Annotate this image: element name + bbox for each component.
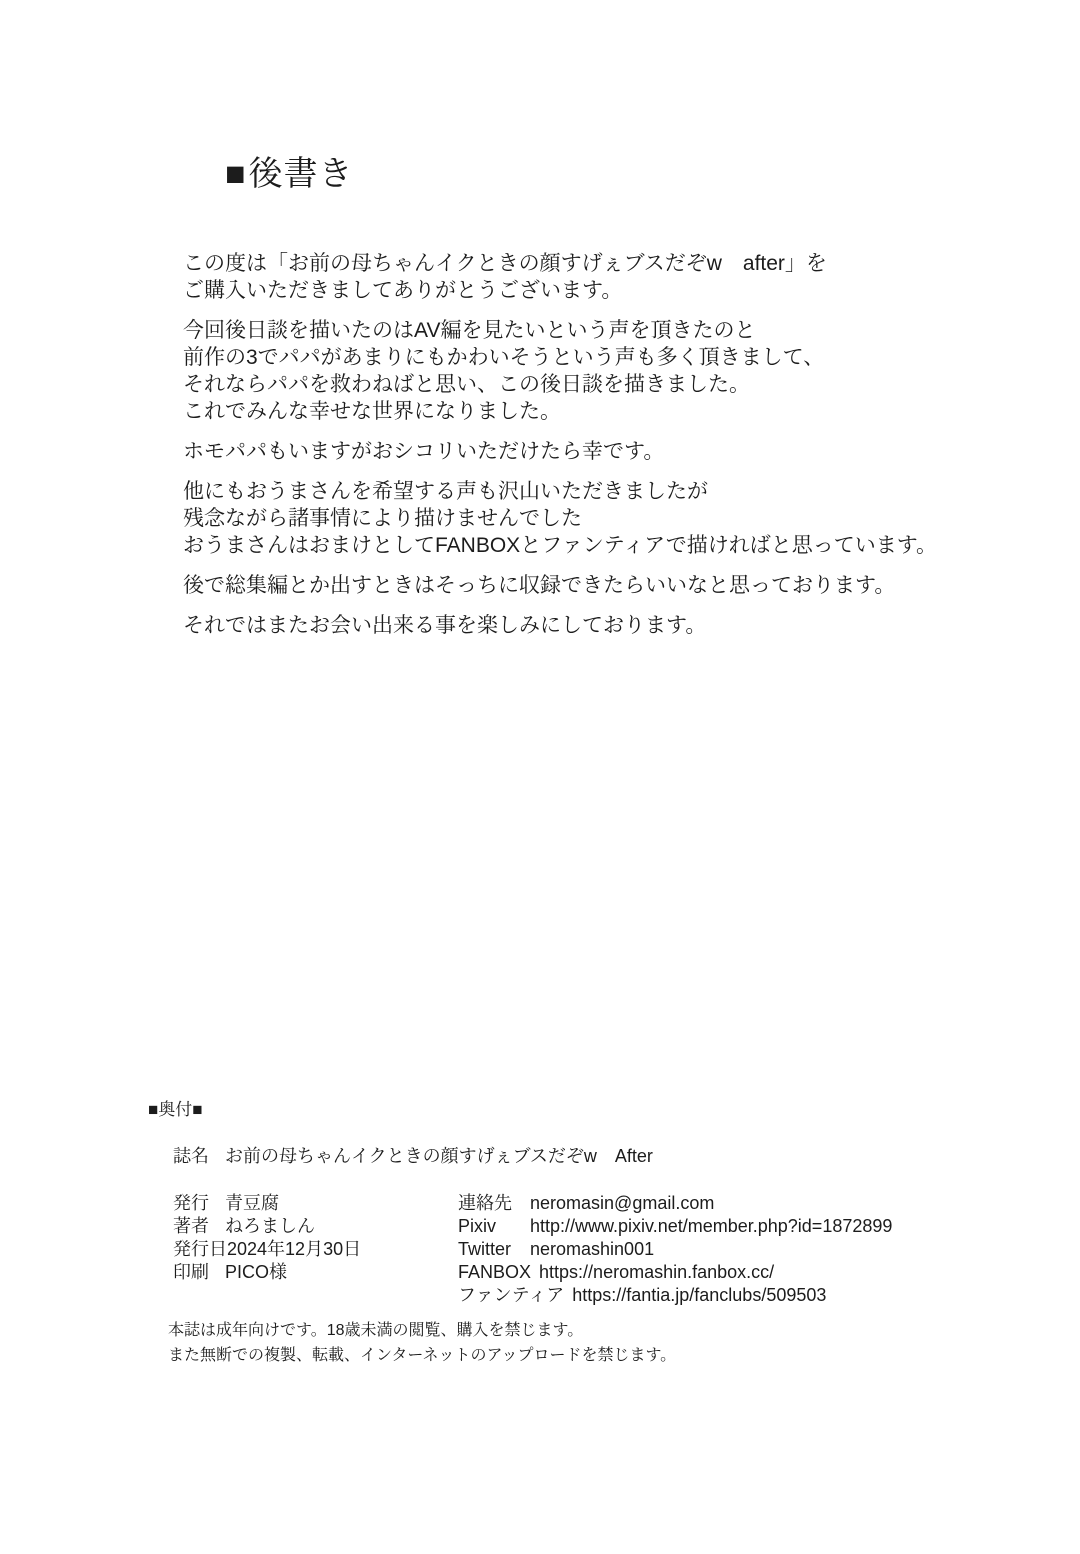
twitter-value: neromashin001 bbox=[530, 1238, 654, 1261]
text-line: 今回後日談を描いたのはAV編を見たいという声を頂きたのと bbox=[183, 317, 963, 344]
publisher-value: 青豆腐 bbox=[225, 1192, 279, 1215]
page-title: ■後書き bbox=[225, 146, 354, 195]
afterword-paragraph-4: 他にもおうまさんを希望する声も沢山いただきましたが 残念ながら諸事情により描けま… bbox=[183, 478, 963, 559]
text-line: 他にもおうまさんを希望する声も沢山いただきましたが bbox=[183, 478, 963, 505]
fanbox-url: https://neromashin.fanbox.cc/ bbox=[539, 1261, 774, 1284]
twitter-label: Twitter bbox=[458, 1238, 522, 1261]
book-title-label: 誌名 bbox=[173, 1142, 209, 1168]
notice-line: 本誌は成年向けです。18歳未満の閲覧、購入を禁じます。 bbox=[168, 1318, 676, 1343]
afterword-body: この度は「お前の母ちゃんイクときの顔すげぇブスだぞw after」を ご購入いた… bbox=[183, 250, 963, 652]
publish-date-value: 2024年12月30日 bbox=[227, 1238, 361, 1261]
email-label: 連絡先 bbox=[458, 1192, 522, 1215]
colophon-columns: 発行 青豆腐 著者 ねろましん 発行日 2024年12月30日 印刷 PICO様… bbox=[173, 1192, 973, 1307]
publish-date-row: 発行日 2024年12月30日 bbox=[173, 1238, 458, 1261]
pixiv-row: Pixiv http://www.pixiv.net/member.php?id… bbox=[458, 1215, 973, 1238]
author-value: ねろましん bbox=[225, 1215, 315, 1238]
book-title-value: お前の母ちゃんイクときの顔すげぇブスだぞw After bbox=[225, 1142, 653, 1168]
afterword-paragraph-2: 今回後日談を描いたのはAV編を見たいという声を頂きたのと 前作の3でパパがあまり… bbox=[183, 317, 963, 425]
text-line: それではまたお会い出来る事を楽しみにしております。 bbox=[183, 612, 963, 639]
email-value: neromasin@gmail.com bbox=[530, 1192, 714, 1215]
afterword-paragraph-1: この度は「お前の母ちゃんイクときの顔すげぇブスだぞw after」を ご購入いた… bbox=[183, 250, 963, 304]
email-row: 連絡先 neromasin@gmail.com bbox=[458, 1192, 973, 1215]
printer-value: PICO様 bbox=[225, 1261, 287, 1284]
pixiv-url: http://www.pixiv.net/member.php?id=18728… bbox=[530, 1215, 892, 1238]
publication-info: 発行 青豆腐 著者 ねろましん 発行日 2024年12月30日 印刷 PICO様 bbox=[173, 1192, 458, 1307]
fantia-url: https://fantia.jp/fanclubs/509503 bbox=[572, 1284, 826, 1307]
text-line: それならパパを救わねばと思い、この後日談を描きました。 bbox=[183, 371, 963, 398]
publisher-row: 発行 青豆腐 bbox=[173, 1192, 458, 1215]
publisher-label: 発行 bbox=[173, 1192, 225, 1215]
afterword-page: ■後書き この度は「お前の母ちゃんイクときの顔すげぇブスだぞw after」を … bbox=[0, 0, 1080, 1554]
text-line: これでみんな幸せな世界になりました。 bbox=[183, 398, 963, 425]
notice-line: また無断での複製、転載、インターネットのアップロードを禁じます。 bbox=[168, 1343, 676, 1368]
text-line: 残念ながら諸事情により描けませんでした bbox=[183, 505, 963, 532]
text-line: おうまさんはおまけとしてFANBOXとファンティアで描ければと思っています。 bbox=[183, 532, 963, 559]
afterword-paragraph-3: ホモパパもいますがおシコリいただけたら幸です。 bbox=[183, 438, 963, 465]
publish-date-label: 発行日 bbox=[173, 1238, 227, 1261]
text-line: 後で総集編とか出すときはそっちに収録できたらいいなと思っております。 bbox=[183, 572, 963, 599]
printer-row: 印刷 PICO様 bbox=[173, 1261, 458, 1284]
contact-info: 連絡先 neromasin@gmail.com Pixiv http://www… bbox=[458, 1192, 973, 1307]
printer-label: 印刷 bbox=[173, 1261, 225, 1284]
afterword-paragraph-5: 後で総集編とか出すときはそっちに収録できたらいいなと思っております。 bbox=[183, 572, 963, 599]
colophon-heading: ■奥付■ bbox=[148, 1095, 203, 1120]
text-line: 前作の3でパパがあまりにもかわいそうという声も多く頂きまして、 bbox=[183, 344, 963, 371]
square-bullet-icon: ■ bbox=[225, 155, 247, 194]
pixiv-label: Pixiv bbox=[458, 1215, 522, 1238]
fanbox-label: FANBOX bbox=[458, 1261, 531, 1284]
afterword-paragraph-6: それではまたお会い出来る事を楽しみにしております。 bbox=[183, 612, 963, 639]
fantia-label: ファンティア bbox=[458, 1284, 564, 1307]
author-label: 著者 bbox=[173, 1215, 225, 1238]
text-line: ホモパパもいますがおシコリいただけたら幸です。 bbox=[183, 438, 963, 465]
fantia-row: ファンティア https://fantia.jp/fanclubs/509503 bbox=[458, 1284, 973, 1307]
page-title-text: 後書き bbox=[249, 155, 354, 193]
text-line: ご購入いただきましてありがとうございます。 bbox=[183, 277, 963, 304]
book-title-row: 誌名 お前の母ちゃんイクときの顔すげぇブスだぞw After bbox=[173, 1142, 653, 1168]
author-row: 著者 ねろましん bbox=[173, 1215, 458, 1238]
twitter-row: Twitter neromashin001 bbox=[458, 1238, 973, 1261]
age-restriction-notice: 本誌は成年向けです。18歳未満の閲覧、購入を禁じます。 また無断での複製、転載、… bbox=[168, 1318, 676, 1368]
fanbox-row: FANBOX https://neromashin.fanbox.cc/ bbox=[458, 1261, 973, 1284]
text-line: この度は「お前の母ちゃんイクときの顔すげぇブスだぞw after」を bbox=[183, 250, 963, 277]
